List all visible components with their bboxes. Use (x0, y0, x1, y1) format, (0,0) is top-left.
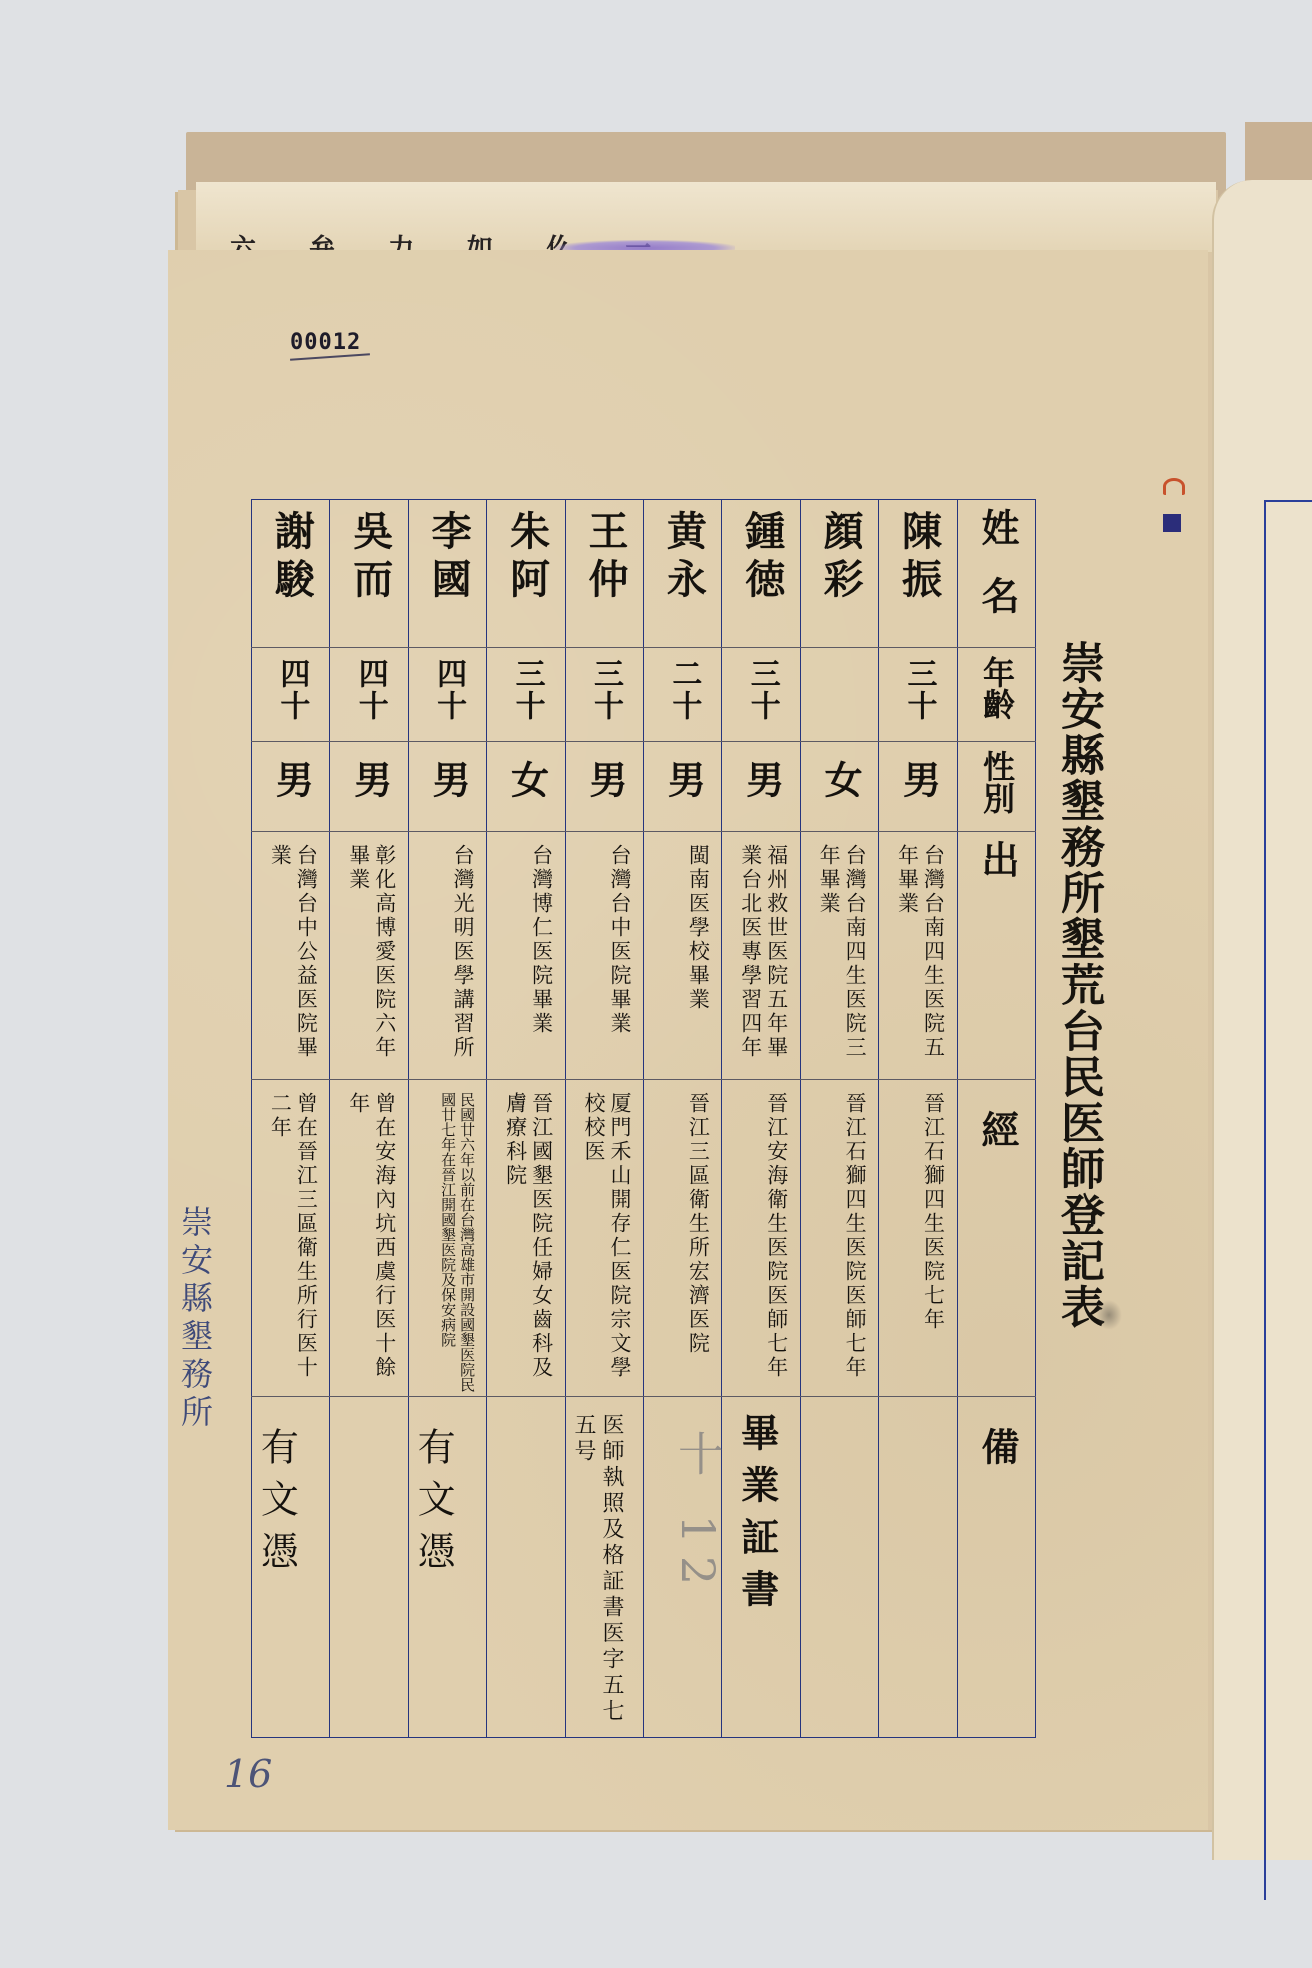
cell-age: 三十 (487, 648, 564, 741)
cell-education: 閩南医學校畢業 (644, 832, 721, 1079)
row-name: 謝駿声 吳而福 李國星 朱阿妹 王仲甫 黄永顯 鍾徳生 顔彩卿 陳振義 姓名 (252, 500, 1036, 648)
facing-page-grid-line (1264, 500, 1266, 1900)
cell-experience: 晉江三區衛生所宏濟医院 (644, 1080, 721, 1396)
physician-register-table: 謝駿声 吳而福 李國星 朱阿妹 王仲甫 黄永顯 鍾徳生 顔彩卿 陳振義 姓名 四… (251, 499, 1036, 1738)
cell-education: 福州救世医院五年畢業台北医專學習四年 (722, 832, 799, 1079)
cell-experience: 晉江石獅四生医院医師七年 (801, 1080, 878, 1396)
cell-name: 李國星 (409, 500, 486, 647)
archive-serial-number: 00012 (290, 330, 361, 355)
cell-name: 顔彩卿 (801, 500, 878, 647)
facing-page-grid-line-h (1264, 500, 1312, 502)
row-education: 台灣台中公益医院畢業 彰化高博愛医院六年畢業 台灣光明医學講習所 台灣博仁医院畢… (252, 832, 1036, 1080)
row-sex: 男 男 男 女 男 男 男 女 男 性別 (252, 742, 1036, 832)
cell-experience: 晉江安海衛生医院医師七年 (722, 1080, 799, 1396)
cell-age: 四十七 (330, 648, 407, 741)
cell-remarks (487, 1397, 564, 1737)
header-experience: 經歷 (958, 1080, 1035, 1396)
header-name: 姓名 (958, 500, 1035, 647)
cell-name: 朱阿妹 (487, 500, 564, 647)
cell-sex: 男 (252, 742, 329, 831)
ink-smudge (1096, 1300, 1122, 1330)
cell-remarks: 畢業証書 (722, 1397, 799, 1737)
cell-experience: 曾在安海內坑西虞行医十餘年 (330, 1080, 407, 1396)
cell-education: 台灣博仁医院畢業 (487, 832, 564, 1079)
header-age: 年齡 (958, 648, 1035, 741)
cell-education: 台灣台中医院畢業 (566, 832, 643, 1079)
header-sex: 性別 (958, 742, 1035, 831)
cell-experience: 晉江國墾医院任婦女齒科及膚療科院 (487, 1080, 564, 1396)
cell-sex: 男 (566, 742, 643, 831)
cell-age: 三十六 (566, 648, 643, 741)
document-title: 崇安縣墾務所墾荒台民医師登記表 (1050, 640, 1106, 1330)
cell-name: 吳而福 (330, 500, 407, 647)
cell-age: 四十九 (252, 648, 329, 741)
pencil-mark-12: 十 12 (665, 1430, 731, 1597)
cell-remarks (330, 1397, 407, 1737)
row-experience: 曾在晉江三區衛生所行医十二年 曾在安海內坑西虞行医十餘年 民國廿六年以前在台灣高… (252, 1080, 1036, 1397)
header-education: 出身 (958, 832, 1035, 1079)
row-age: 四十九 四十七 四十二 三十 三十六 二十八 三十七 三十四 年齡 (252, 648, 1036, 742)
cell-age (801, 648, 878, 741)
facing-page-edge[interactable] (1212, 180, 1312, 1860)
red-seal-fragment-icon (1163, 478, 1185, 495)
cell-age: 二十八 (644, 648, 721, 741)
cell-experience: 曾在晉江三區衛生所行医十二年 (252, 1080, 329, 1396)
cell-sex: 男 (330, 742, 407, 831)
cell-sex: 男 (409, 742, 486, 831)
cell-remarks (879, 1397, 956, 1737)
cell-education: 台灣台中公益医院畢業 (252, 832, 329, 1079)
cell-sex: 女 (487, 742, 564, 831)
cell-education: 台灣台南四生医院三年畢業 (801, 832, 878, 1079)
cell-sex: 男 (879, 742, 956, 831)
cell-remarks: 医師執照及格証書医字五七五号 (566, 1397, 643, 1737)
cell-education: 台灣光明医學講習所 (409, 832, 486, 1079)
cell-sex: 男 (722, 742, 799, 831)
cell-education: 台灣台南四生医院五年畢業 (879, 832, 956, 1079)
cell-name: 謝駿声 (252, 500, 329, 647)
cell-remarks: 有文憑 (252, 1397, 329, 1737)
cell-sex: 女 (801, 742, 878, 831)
cell-experience: 晉江石獅四生医院七年 (879, 1080, 956, 1396)
cell-age: 三十七 (722, 648, 799, 741)
cell-remarks (801, 1397, 878, 1737)
blue-seal-fragment-icon (1163, 514, 1181, 532)
cell-name: 黄永顯 (644, 500, 721, 647)
cell-age: 三十四 (879, 648, 956, 741)
cell-education: 彰化高博愛医院六年畢業 (330, 832, 407, 1079)
pencil-page-number: 16 (224, 1752, 272, 1796)
cell-name: 鍾徳生 (722, 500, 799, 647)
header-remarks: 備考 (958, 1397, 1035, 1737)
cell-name: 陳振義 (879, 500, 956, 647)
cell-experience: 民國廿六年以前在台灣高雄市開設國墾医院民國廿七年在晉江開國墾医院及保安病院 (409, 1080, 486, 1396)
cell-experience: 厦門禾山開存仁医院宗文學校校医 (566, 1080, 643, 1396)
cell-sex: 男 (644, 742, 721, 831)
cell-remarks: 有文憑 (409, 1397, 486, 1737)
cell-age: 四十二 (409, 648, 486, 741)
row-remarks: 有文憑 有文憑 医師執照及格証書医字五七五号 畢業証書 備考 (252, 1397, 1036, 1738)
side-annotation: 崇安縣墾務所 (172, 1205, 218, 1433)
cell-name: 王仲甫 (566, 500, 643, 647)
